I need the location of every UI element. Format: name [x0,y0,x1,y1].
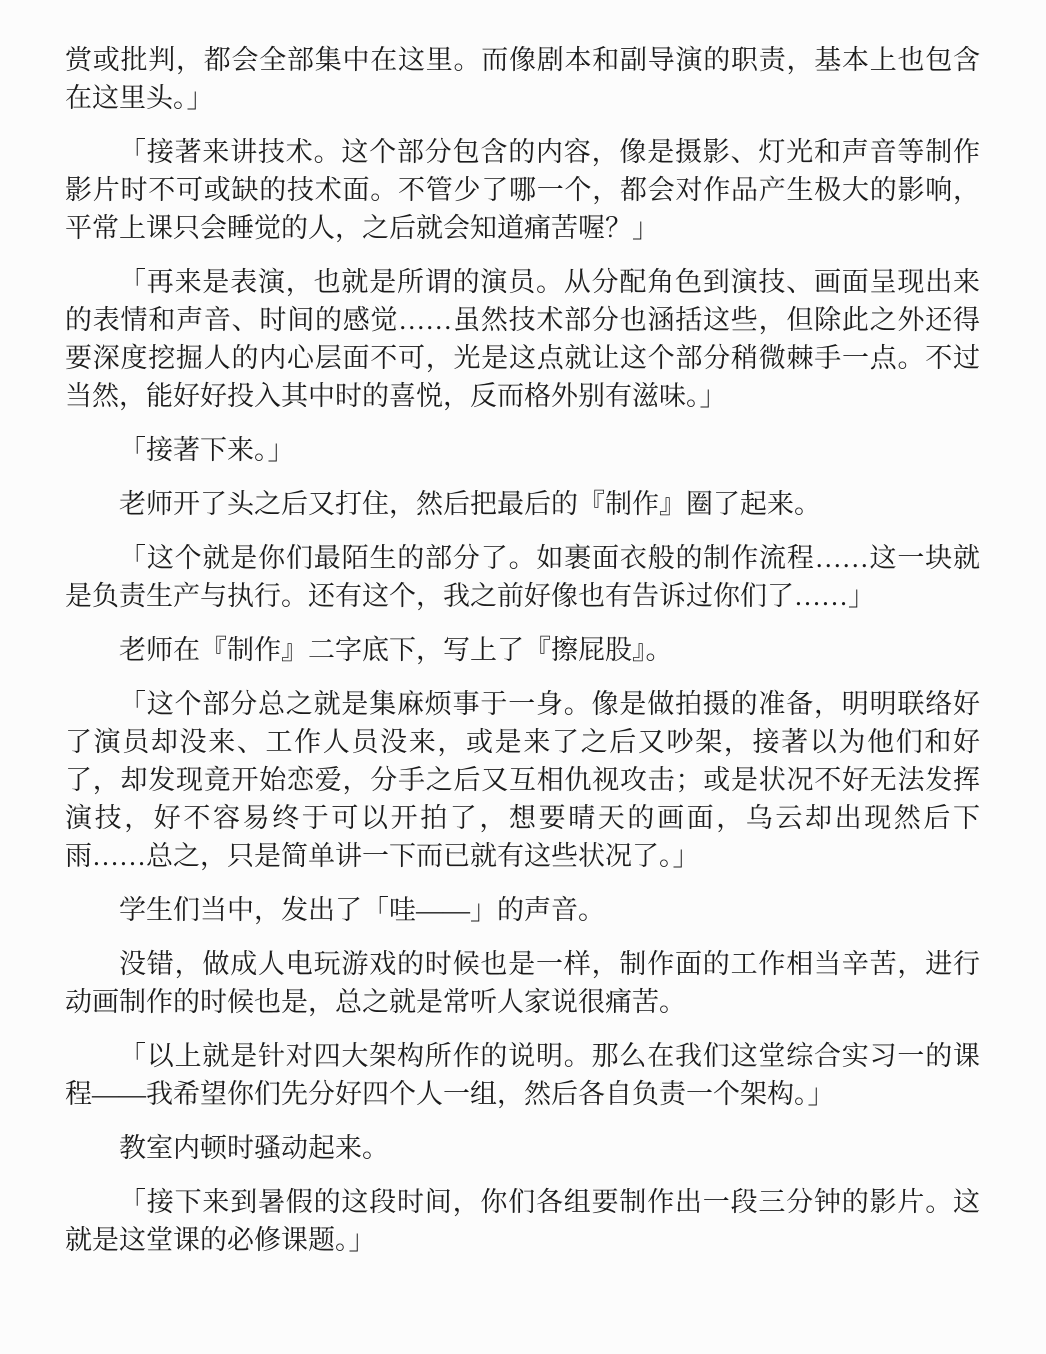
paragraph: 「以上就是针对四大架构所作的说明。那么在我们这堂综合实习一的课程——我希望你们先… [65,1037,980,1113]
paragraph: 教室内顿时骚动起来。 [65,1129,980,1167]
paragraph: 「这个就是你们最陌生的部分了。如裹面衣般的制作流程……这一块就是负责生产与执行。… [65,539,980,615]
text-content: 赏或批判，都会全部集中在这里。而像剧本和副导演的职责，基本上也包含在这里头。」「… [65,41,980,1259]
paragraph: 没错，做成人电玩游戏的时候也是一样，制作面的工作相当辛苦，进行动画制作的时候也是… [65,945,980,1021]
paragraph: 赏或批判，都会全部集中在这里。而像剧本和副导演的职责，基本上也包含在这里头。」 [65,41,980,117]
paragraph: 「接著下来。」 [65,431,980,469]
paragraph: 老师开了头之后又打住，然后把最后的『制作』圈了起来。 [65,485,980,523]
paragraph: 「这个部分总之就是集麻烦事于一身。像是做拍摄的准备，明明联络好了演员却没来、工作… [65,685,980,875]
book-page: 赏或批判，都会全部集中在这里。而像剧本和副导演的职责，基本上也包含在这里头。」「… [0,0,1046,1354]
paragraph: 「接著来讲技术。这个部分包含的内容，像是摄影、灯光和声音等制作影片时不可或缺的技… [65,133,980,247]
paragraph: 老师在『制作』二字底下，写上了『擦屁股』。 [65,631,980,669]
paragraph: 「再来是表演，也就是所谓的演员。从分配角色到演技、画面呈现出来的表情和声音、时间… [65,263,980,415]
paragraph: 学生们当中，发出了「哇——」的声音。 [65,891,980,929]
paragraph: 「接下来到暑假的这段时间，你们各组要制作出一段三分钟的影片。这就是这堂课的必修课… [65,1183,980,1259]
